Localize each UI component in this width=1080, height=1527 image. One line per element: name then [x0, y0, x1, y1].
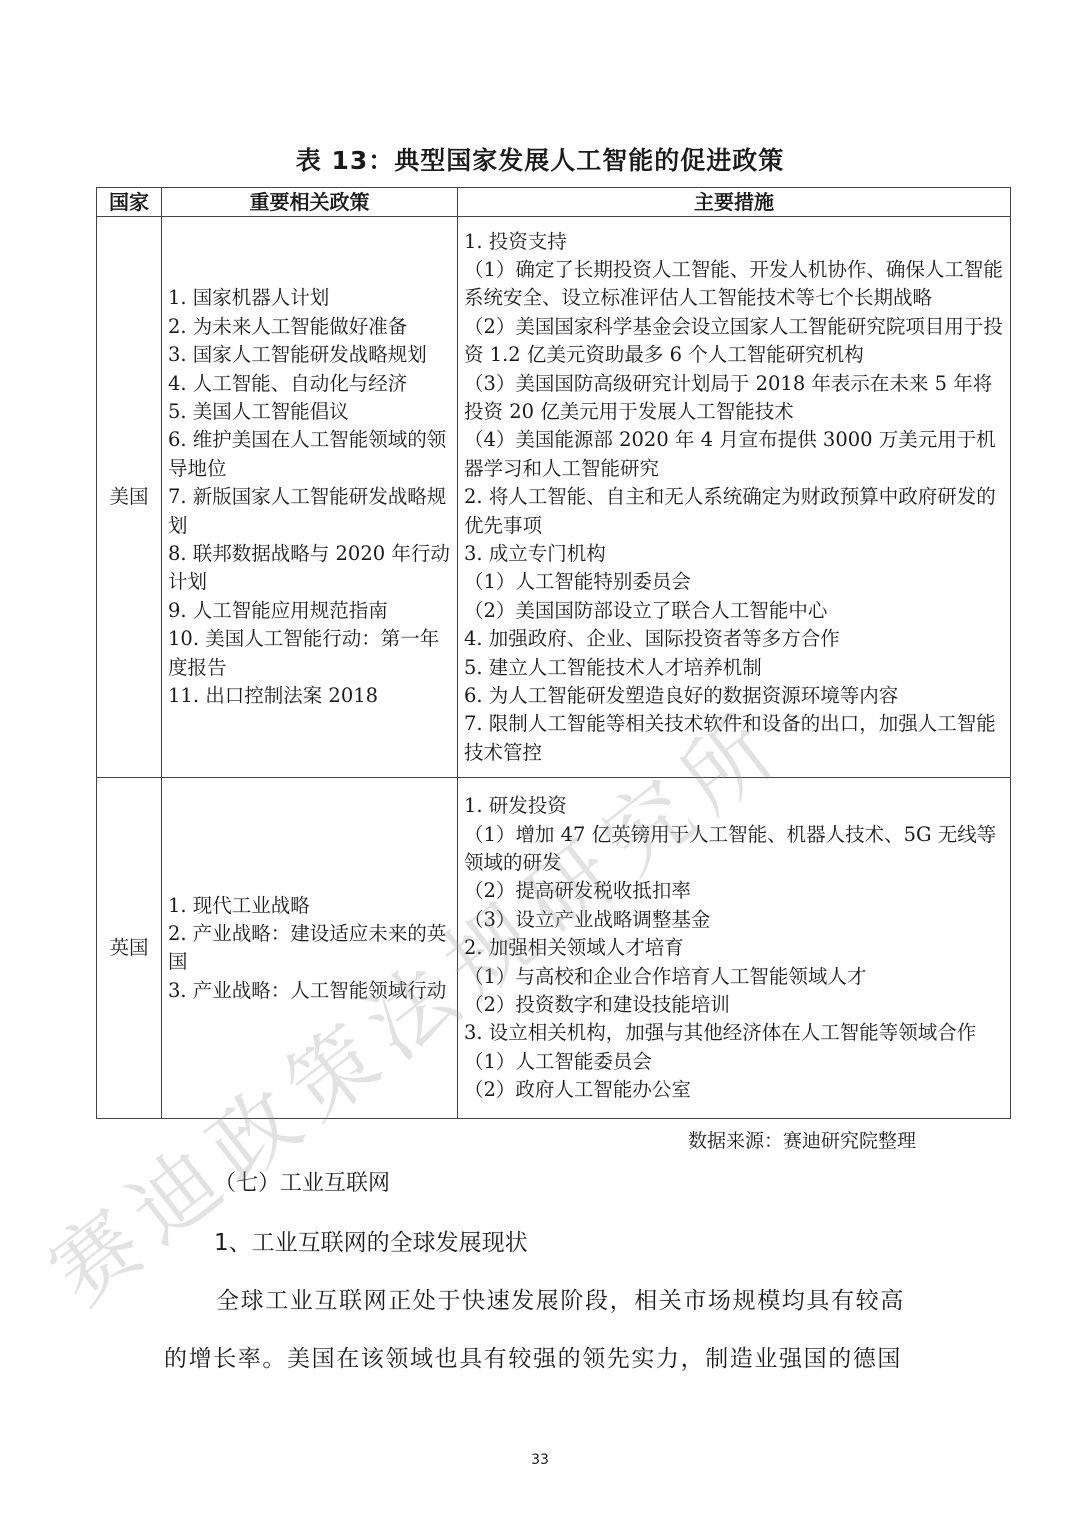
measure-item: 6. 为人工智能研发塑造良好的数据资源环境等内容: [464, 682, 1004, 710]
policy-item: 5. 美国人工智能倡议: [168, 398, 451, 426]
policy-item: 9. 人工智能应用规范指南: [168, 597, 451, 625]
measure-item: （1）与高校和企业合作培育人工智能领域人才: [464, 963, 1004, 991]
policy-item: 7. 新版国家人工智能研发战略规划: [168, 483, 451, 540]
measure-item: 3. 设立相关机构，加强与其他经济体在人工智能等领域合作: [464, 1019, 1004, 1047]
measure-item: （2）美国国防部设立了联合人工智能中心: [464, 597, 1004, 625]
country-cell: 英国: [97, 778, 162, 1119]
data-source-note: 数据来源：赛迪研究院整理: [688, 1126, 916, 1153]
table-header-row: 国家 重要相关政策 主要措施: [97, 188, 1011, 217]
measure-item: （2）投资数字和建设技能培训: [464, 991, 1004, 1019]
measure-item: （3）美国国防高级研究计划局于 2018 年表示在未来 5 年将投资 20 亿美…: [464, 370, 1004, 427]
header-country: 国家: [97, 188, 162, 217]
table-row-usa: 美国 1. 国家机器人计划 2. 为未来人工智能做好准备 3. 国家人工智能研发…: [97, 217, 1011, 778]
measure-item: （1）人工智能特别委员会: [464, 568, 1004, 596]
policy-item: 8. 联邦数据战略与 2020 年行动计划: [168, 540, 451, 597]
policies-cell: 1. 国家机器人计划 2. 为未来人工智能做好准备 3. 国家人工智能研发战略规…: [162, 217, 458, 778]
header-measures: 主要措施: [458, 188, 1011, 217]
measure-item: （1）人工智能委员会: [464, 1048, 1004, 1076]
measure-item: （1）增加 47 亿英镑用于人工智能、机器人技术、5G 无线等领域的研发: [464, 821, 1004, 878]
measure-item: （2）美国国家科学基金会设立国家人工智能研究院项目用于投资 1.2 亿美元资助最…: [464, 313, 1004, 370]
table-row-uk: 英国 1. 现代工业战略 2. 产业战略：建设适应未来的英国 3. 产业战略：人…: [97, 778, 1011, 1119]
measure-item: （1）确定了长期投资人工智能、开发人机协作、确保人工智能系统安全、设立标准评估人…: [464, 256, 1004, 313]
body-paragraph-line: 全球工业互联网正处于快速发展阶段，相关市场规模均具有较高: [216, 1282, 976, 1315]
policy-table: 国家 重要相关政策 主要措施 美国 1. 国家机器人计划 2. 为未来人工智能做…: [96, 187, 1011, 1119]
policy-item: 1. 国家机器人计划: [168, 284, 451, 312]
policy-item: 1. 现代工业战略: [168, 892, 451, 920]
policy-item: 3. 产业战略：人工智能领域行动: [168, 977, 451, 1005]
body-paragraph-line: 的增长率。美国在该领域也具有较强的领先实力，制造业强国的德国: [164, 1340, 924, 1373]
measure-item: 7. 限制人工智能等相关技术软件和设备的出口，加强人工智能技术管控: [464, 710, 1004, 767]
policy-item: 10. 美国人工智能行动：第一年度报告: [168, 625, 451, 682]
measure-item: （2）政府人工智能办公室: [464, 1076, 1004, 1104]
header-policies: 重要相关政策: [162, 188, 458, 217]
table-title: 表 13：典型国家发展人工智能的促进政策: [0, 141, 1080, 177]
measure-item: 5. 建立人工智能技术人才培养机制: [464, 654, 1004, 682]
section-heading: （七）工业互联网: [214, 1166, 390, 1197]
measure-item: 4. 加强政府、企业、国际投资者等多方合作: [464, 625, 1004, 653]
measure-item: （3）设立产业战略调整基金: [464, 906, 1004, 934]
page-number: 33: [0, 1452, 1080, 1468]
measure-item: 1. 投资支持: [464, 228, 1004, 256]
policy-item: 2. 产业战略：建设适应未来的英国: [168, 920, 451, 977]
measure-item: （4）美国能源部 2020 年 4 月宣布提供 3000 万美元用于机器学习和人…: [464, 426, 1004, 483]
country-cell: 美国: [97, 217, 162, 778]
measures-cell: 1. 投资支持 （1）确定了长期投资人工智能、开发人机协作、确保人工智能系统安全…: [458, 217, 1011, 778]
policy-item: 2. 为未来人工智能做好准备: [168, 313, 451, 341]
measure-item: （2）提高研发税收抵扣率: [464, 877, 1004, 905]
policy-item: 4. 人工智能、自动化与经济: [168, 370, 451, 398]
policy-item: 6. 维护美国在人工智能领域的领导地位: [168, 426, 451, 483]
measure-item: 1. 研发投资: [464, 792, 1004, 820]
measure-item: 3. 成立专门机构: [464, 540, 1004, 568]
measures-cell: 1. 研发投资 （1）增加 47 亿英镑用于人工智能、机器人技术、5G 无线等领…: [458, 778, 1011, 1119]
policy-item: 3. 国家人工智能研发战略规划: [168, 341, 451, 369]
policy-item: 11. 出口控制法案 2018: [168, 682, 451, 710]
measure-item: 2. 加强相关领域人才培育: [464, 934, 1004, 962]
measure-item: 2. 将人工智能、自主和无人系统确定为财政预算中政府研发的优先事项: [464, 483, 1004, 540]
subsection-heading: 1、工业互联网的全球发展现状: [214, 1224, 528, 1257]
policies-cell: 1. 现代工业战略 2. 产业战略：建设适应未来的英国 3. 产业战略：人工智能…: [162, 778, 458, 1119]
